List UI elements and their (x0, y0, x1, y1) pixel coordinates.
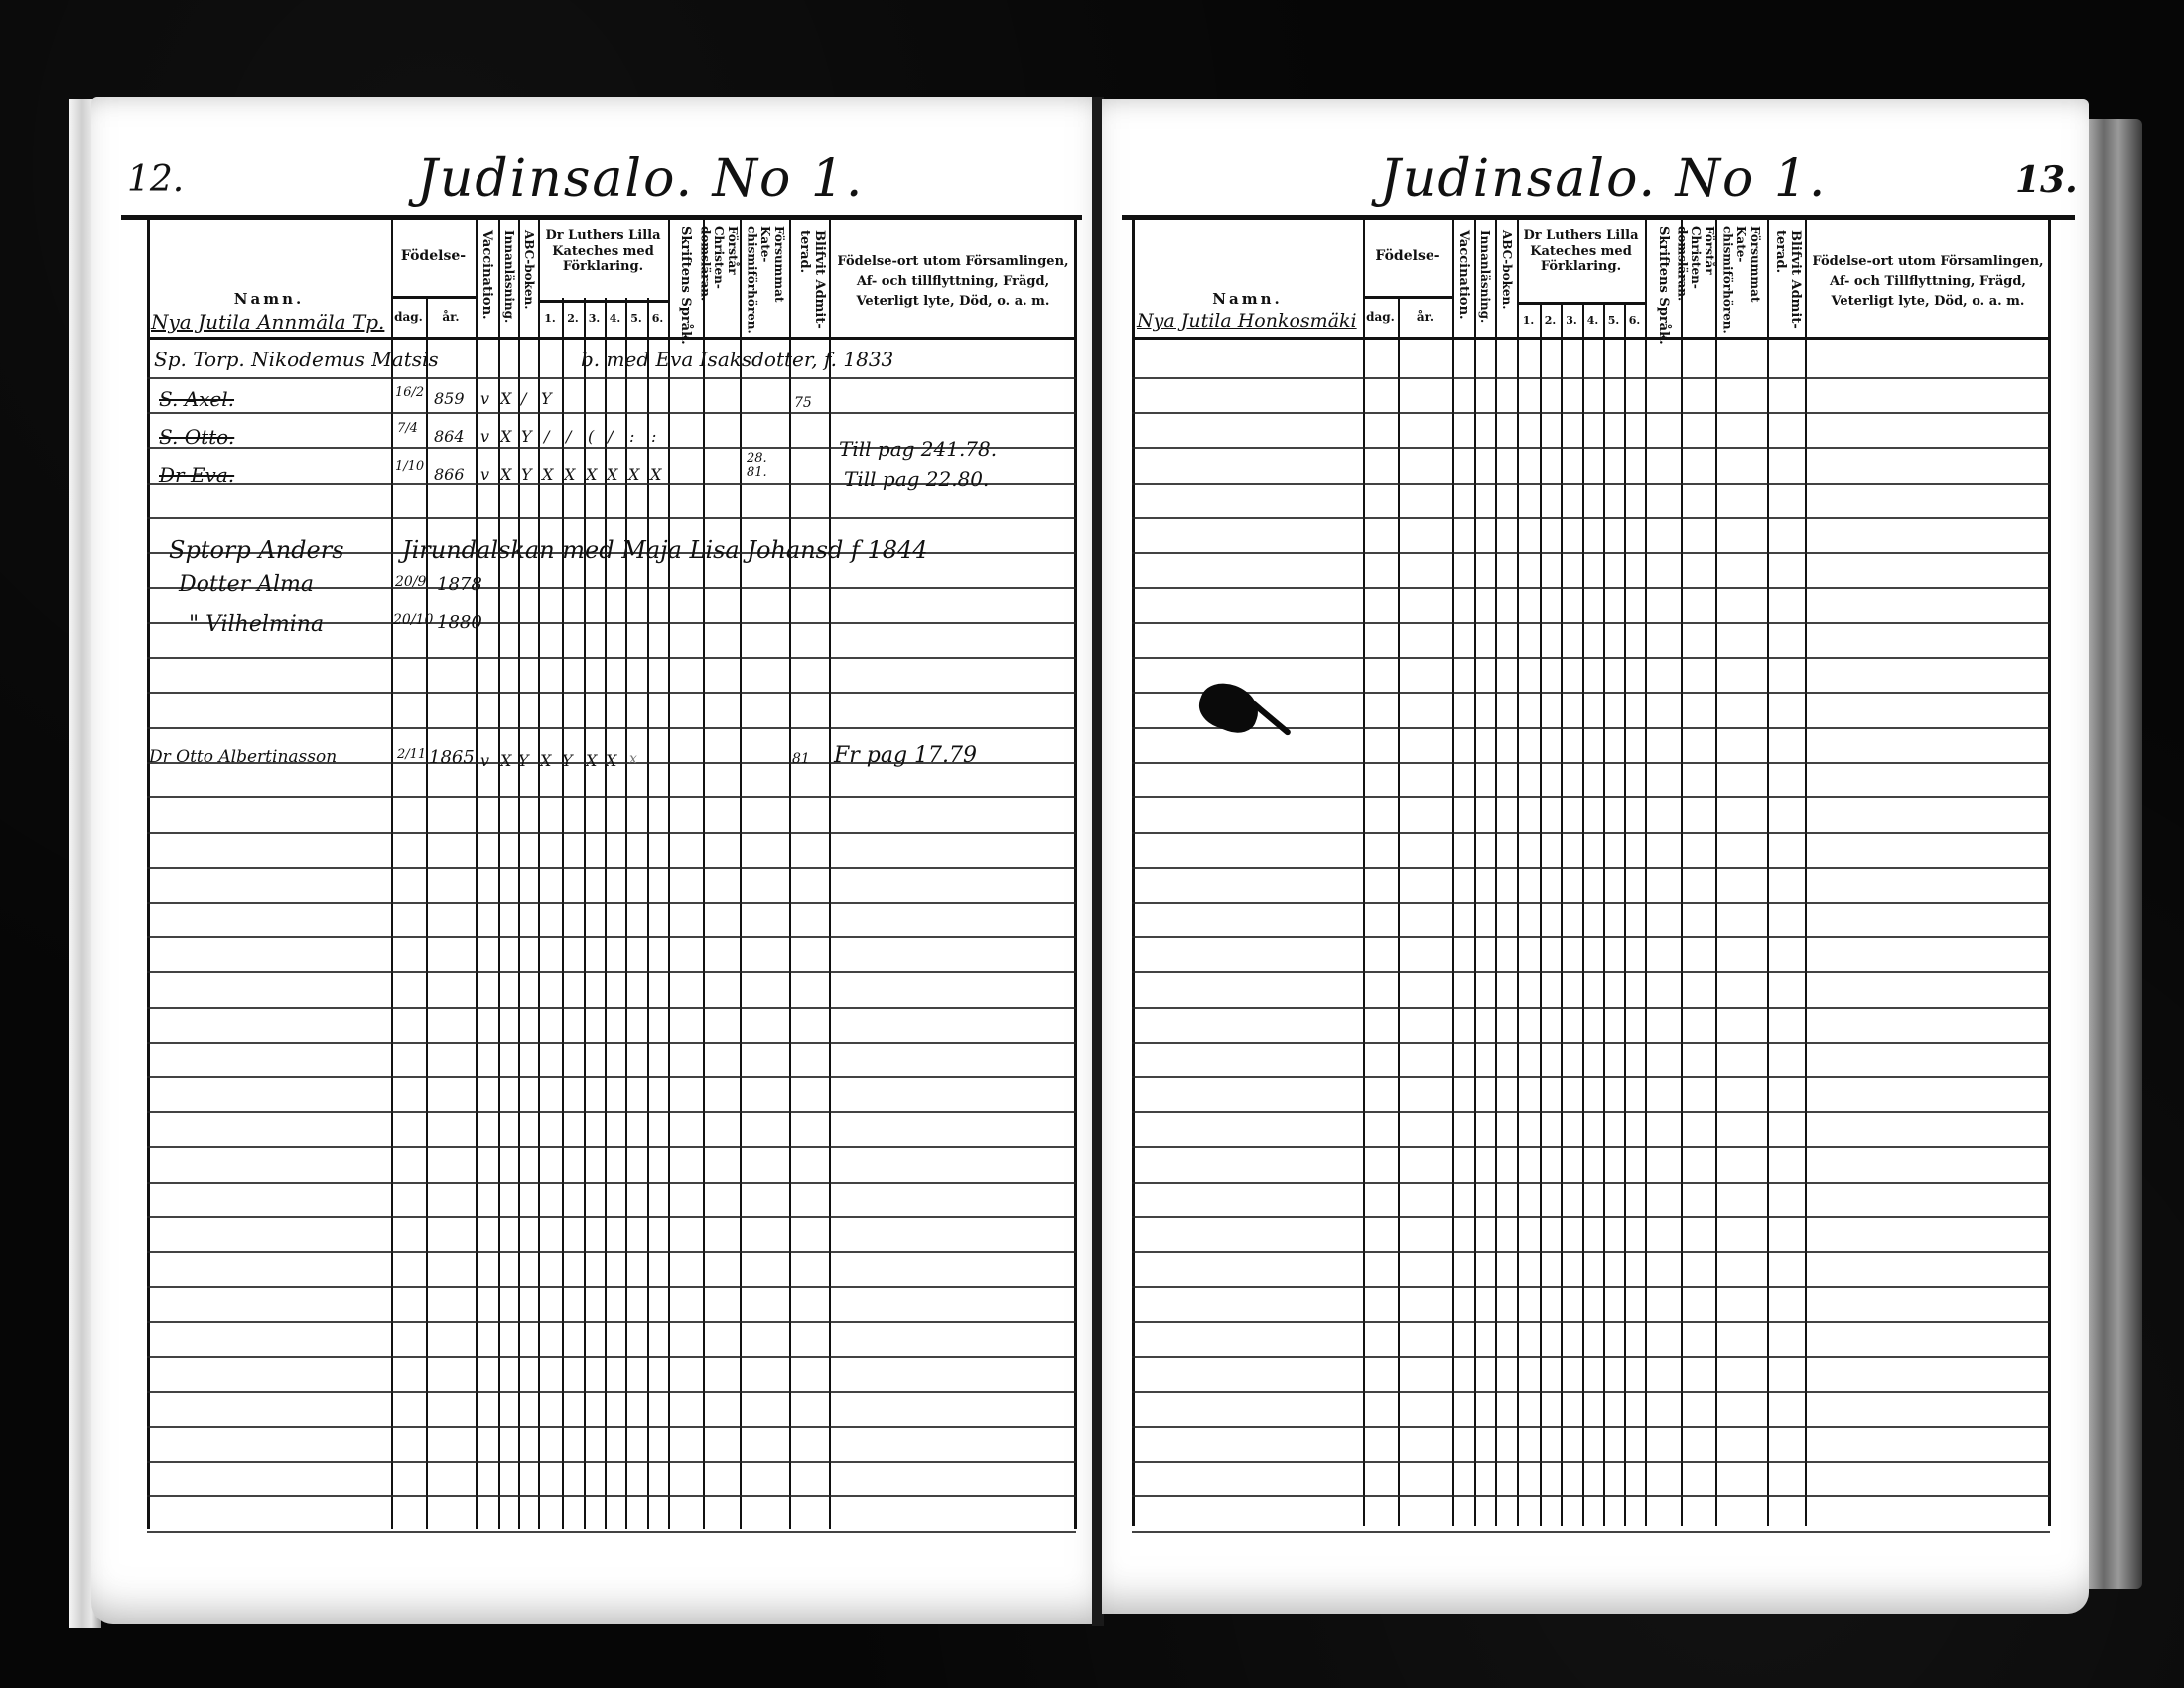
header-missed-exams: Försummat Kate-chismiförhören. (748, 226, 785, 336)
header-understands-doctrine: Förstår Christen-domsläran. (1686, 226, 1715, 336)
row-rule (1132, 377, 2050, 379)
entry-birth-year: 1865 (429, 747, 475, 768)
left-page-heading: Judinsalo. No 1. (417, 149, 864, 209)
row-rule (147, 1251, 1076, 1253)
header-cat-6: 6. (1624, 314, 1645, 327)
row-rule (1132, 1182, 2050, 1184)
entry-mark: X (564, 465, 575, 484)
header-admitted: Blifvit Admit-terad. (796, 230, 826, 330)
col-rule (1681, 220, 1683, 1526)
row-rule (1132, 692, 2050, 694)
header-cat-3: 3. (1561, 314, 1582, 327)
header-bottom-rule (1132, 337, 2050, 340)
header-cat-3: 3. (584, 312, 605, 325)
header-cat-5: 5. (625, 312, 647, 325)
header-cat-1: 1. (1517, 314, 1540, 327)
row-rule (1132, 1007, 2050, 1009)
row-rule (1132, 1111, 2050, 1113)
row-rule (1132, 587, 2050, 589)
entry-missed: 28. 81. (747, 452, 776, 481)
header-notes: Födelse-ort utom Församlingen, Af- och t… (836, 252, 1070, 312)
row-rule (147, 1007, 1076, 1009)
col-rule (1517, 220, 1519, 1526)
col-rule (1645, 220, 1647, 1526)
row-rule (147, 1182, 1076, 1184)
col-rule (1074, 220, 1077, 1529)
subheader-rule (1363, 296, 1452, 299)
row-rule (1132, 1321, 2050, 1323)
col-rule (789, 220, 791, 1529)
row-rule (147, 1531, 1076, 1533)
row-rule (147, 1495, 1076, 1497)
col-rule (498, 220, 500, 1529)
entry-admitted: 75 (794, 395, 812, 411)
row-rule (1132, 1076, 2050, 1078)
entry-mark: X (542, 465, 553, 484)
entry-mark: X (540, 751, 551, 770)
header-cat-4: 4. (1582, 314, 1603, 327)
entry-vaccination: v (480, 751, 489, 770)
col-rule (2048, 220, 2051, 1526)
col-rule (1363, 220, 1365, 1526)
row-rule (147, 1216, 1076, 1218)
subheader-rule (391, 296, 476, 299)
entry-mark: / (521, 389, 526, 408)
entry-note-inline: Jirundalskan med Maja Lisa Johansd f 184… (402, 536, 928, 564)
header-birth-day: dag. (1363, 310, 1398, 324)
header-birth-year: år. (1398, 310, 1452, 324)
entry-mark: X (606, 751, 616, 770)
col-rule (1624, 302, 1626, 1526)
header-birth: Födelse- (391, 248, 476, 265)
col-rule (668, 220, 670, 1529)
row-rule (147, 936, 1076, 938)
entry-birth-year: 859 (434, 389, 465, 408)
row-rule (1132, 1251, 2050, 1253)
entry-birth-day: 7/4 (397, 421, 418, 436)
entry-birth-day: 2/11 (397, 747, 426, 762)
header-missed-exams: Försummat Kate-chismiförhören. (1723, 226, 1761, 336)
entry-birth-year: 1878 (437, 574, 482, 595)
entry-notes: Fr pag 17.79 (834, 743, 977, 768)
entry-name: Sp. Torp. Nikodemus Matsis (154, 348, 439, 371)
col-rule (538, 220, 540, 1529)
header-bottom-rule (147, 337, 1076, 340)
entry-birth-day: 1/10 (395, 459, 424, 474)
row-rule (1132, 1042, 2050, 1044)
header-cat-5: 5. (1603, 314, 1624, 327)
row-rule (147, 1426, 1076, 1428)
header-birth: Födelse- (1363, 248, 1452, 265)
entry-vaccination: v (480, 389, 489, 408)
row-rule (147, 1076, 1076, 1078)
entry-mark: X (650, 465, 661, 484)
header-birth-day: dag. (391, 310, 426, 324)
row-rule (147, 1461, 1076, 1463)
row-rule (1132, 1531, 2050, 1533)
row-rule (1132, 727, 2050, 729)
row-rule (147, 517, 1076, 519)
entry-name: " Vilhelmina (189, 612, 324, 636)
entry-mark: Y (562, 751, 573, 770)
row-rule (147, 1321, 1076, 1323)
entry-birth-day: 20/9 (395, 574, 426, 590)
header-name: Namn. (147, 290, 391, 308)
entry-birth-year: 864 (434, 427, 465, 446)
row-rule (1132, 971, 2050, 973)
col-rule (1805, 220, 1807, 1526)
entry-name: Sptorp Anders (169, 536, 344, 564)
entry-mark: X (586, 751, 597, 770)
col-rule (1561, 302, 1563, 1526)
row-rule (1132, 1286, 2050, 1288)
row-rule (147, 377, 1076, 379)
col-rule (1452, 220, 1454, 1526)
entry-birth-day: 16/2 (395, 385, 424, 400)
entry-mark: Y (518, 751, 529, 770)
row-rule (1132, 1146, 2050, 1148)
header-catechism: Dr Luthers Lilla Kateches med Förklaring… (538, 228, 668, 275)
col-rule (740, 220, 742, 1529)
header-cat-1: 1. (538, 312, 562, 325)
row-rule (147, 692, 1076, 694)
entry-mark: / (544, 427, 549, 446)
row-rule (147, 1286, 1076, 1288)
header-reading: Innanläsning. (501, 230, 515, 323)
row-rule (1132, 1391, 2050, 1393)
entry-mark: : (651, 427, 656, 446)
row-rule (147, 1042, 1076, 1044)
header-abc-book: ABC-boken. (521, 230, 535, 309)
right-page-heading: Judinsalo. No 1. (1380, 149, 1827, 209)
entry-name: Dr Eva. (159, 463, 234, 487)
header-scripture-language: Skriftens Språk. (677, 226, 692, 345)
entry-birth-year: 866 (434, 465, 465, 484)
row-rule (1132, 867, 2050, 869)
row-rule (147, 902, 1076, 904)
entry-notes: Till pag 241.78. (839, 437, 997, 461)
row-rule (147, 727, 1076, 729)
row-rule (147, 412, 1076, 414)
entry-mark: / (608, 427, 613, 446)
row-rule (1132, 622, 2050, 624)
entry-missed: 81 (792, 751, 810, 767)
header-vaccination: Vaccination. (1455, 230, 1470, 320)
col-rule (1495, 220, 1497, 1526)
entry-mark: : (629, 427, 634, 446)
entry-name: S. Otto. (159, 425, 234, 449)
header-name: Namn. (1132, 290, 1363, 308)
row-rule (147, 1356, 1076, 1358)
header-vaccination: Vaccination. (478, 230, 493, 320)
header-scripture-language: Skriftens Språk. (1655, 226, 1670, 345)
header-understands-doctrine: Förstår Christen-domsläran. (709, 226, 739, 336)
left-register-table: Namn. Födelse- dag. år. Vaccination. Inn… (121, 215, 1082, 1529)
header-abc-book: ABC-boken. (1499, 230, 1513, 309)
row-rule (147, 867, 1076, 869)
entry-mark: X (500, 465, 511, 484)
row-rule (1132, 447, 2050, 449)
row-rule (1132, 796, 2050, 798)
entry-mark: X (500, 751, 511, 770)
entry-mark: ( (588, 427, 594, 446)
row-rule (1132, 1495, 2050, 1497)
row-rule (147, 796, 1076, 798)
row-rule (147, 1391, 1076, 1393)
entry-mark: X (586, 465, 597, 484)
col-rule (1132, 220, 1135, 1526)
header-cat-2: 2. (562, 312, 584, 325)
entry-note-inline: b. med Eva Isaksdotter, f. 1833 (581, 348, 893, 371)
row-rule (147, 657, 1076, 659)
header-admitted: Blifvit Admit-terad. (1772, 230, 1802, 330)
header-notes: Födelse-ort utom Församlingen, Af- och T… (1811, 252, 2045, 312)
entry-mark: Y (541, 389, 552, 408)
entry-vaccination: v (480, 465, 489, 484)
entry-mark: Y (521, 465, 532, 484)
entry-mark: X (500, 427, 511, 446)
header-birth-year: år. (426, 310, 476, 324)
entry-mark: / (566, 427, 571, 446)
entry-name: Dotter Alma (179, 572, 314, 597)
entry-name: S. Axel. (159, 387, 234, 411)
row-rule (147, 832, 1076, 834)
entry-mark: Y (521, 427, 532, 446)
header-reading: Innanläsning. (1477, 230, 1491, 323)
entry-birth-day: 20/10 (393, 612, 433, 628)
subheader-rule (538, 300, 668, 303)
col-rule (1603, 302, 1605, 1526)
entry-farm-header: Nya Jutila Annmäla Tp. (151, 310, 384, 334)
header-cat-6: 6. (647, 312, 668, 325)
book-cover-edge (2083, 119, 2142, 1589)
row-rule (147, 1111, 1076, 1113)
subheader-rule (1517, 302, 1645, 305)
entry-name: Dr Otto Albertinasson (149, 747, 337, 767)
row-rule (1132, 657, 2050, 659)
header-cat-4: 4. (605, 312, 625, 325)
row-rule (1132, 832, 2050, 834)
col-rule (518, 220, 520, 1529)
row-rule (147, 1146, 1076, 1148)
entry-birth-year: 1880 (437, 612, 482, 633)
row-rule (1132, 483, 2050, 485)
right-register-table: Namn. Födelse- dag. år. Vaccination. Inn… (1122, 215, 2075, 1526)
entry-notes: Till pag 22.80. (844, 467, 989, 491)
row-rule (1132, 1216, 2050, 1218)
col-rule (1582, 302, 1584, 1526)
col-rule (703, 220, 705, 1529)
row-rule (1132, 1426, 2050, 1428)
row-rule (1132, 902, 2050, 904)
col-rule (829, 220, 831, 1529)
right-page-number: 13. (2015, 159, 2078, 201)
entry-mark: x (629, 751, 637, 767)
row-rule (147, 971, 1076, 973)
entry-mark: X (628, 465, 639, 484)
header-cat-2: 2. (1540, 314, 1561, 327)
entry-mark: X (607, 465, 617, 484)
entry-mark: X (500, 389, 511, 408)
entry-vaccination: v (480, 427, 489, 446)
col-rule (147, 220, 150, 1529)
row-rule (1132, 936, 2050, 938)
col-rule (1474, 220, 1476, 1526)
col-rule (391, 220, 393, 1529)
row-rule (1132, 1461, 2050, 1463)
col-rule (1540, 302, 1542, 1526)
row-rule (1132, 762, 2050, 764)
row-rule (1132, 1356, 2050, 1358)
col-rule (1767, 220, 1769, 1526)
row-rule (1132, 412, 2050, 414)
row-rule (1132, 552, 2050, 554)
entry-farm-header: Nya Jutila Honkosmäki (1137, 310, 1357, 332)
col-rule (1715, 220, 1717, 1526)
col-rule (476, 220, 478, 1529)
row-rule (1132, 517, 2050, 519)
header-catechism: Dr Luthers Lilla Kateches med Förklaring… (1517, 228, 1645, 275)
left-page-number: 12. (127, 159, 184, 200)
